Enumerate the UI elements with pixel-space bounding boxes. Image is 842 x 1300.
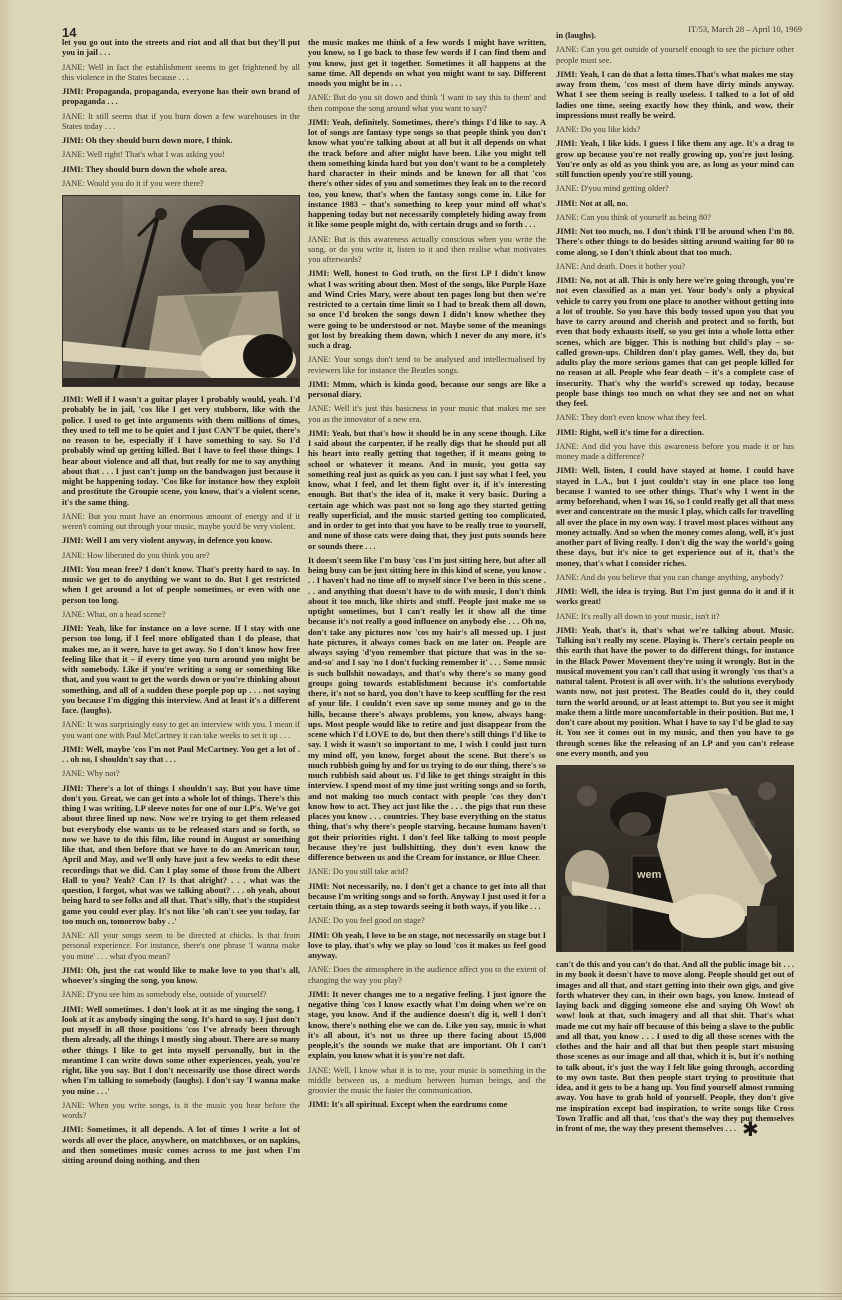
speaker-label: JANE: bbox=[556, 45, 579, 54]
paragraph-text: Right, well it's time for a direction. bbox=[580, 428, 704, 437]
paragraph-text: When you write songs, is it the music yo… bbox=[62, 1101, 300, 1120]
speaker-label: JIMI: bbox=[62, 784, 83, 793]
paragraph-text: It was surprisingly easy to get an inter… bbox=[62, 720, 300, 739]
speaker-label: JIMI: bbox=[62, 565, 83, 574]
column-3: in (laughs).JANE: Can you get outside of… bbox=[556, 31, 794, 1138]
end-of-article-asterisk-icon: ✱ bbox=[742, 1117, 759, 1141]
paragraph-text: Mmm, which is kinda good, because our so… bbox=[308, 380, 546, 399]
speaker-label: JANE: bbox=[308, 93, 331, 102]
photo-image: wem bbox=[557, 766, 793, 951]
photo-hendrix-microphone bbox=[62, 195, 300, 387]
speaker-label: JIMI: bbox=[62, 87, 83, 96]
paragraph-text: Well sometimes. I don't look at it as me… bbox=[62, 1005, 300, 1096]
question-paragraph: JANE: They don't even know what they fee… bbox=[556, 413, 794, 423]
paragraph-text: D'you mind getting older? bbox=[581, 184, 669, 193]
paragraph-text: It doesn't seem like I'm busy 'cos I'm j… bbox=[308, 556, 546, 862]
paragraph-text: Yeah, that's it, that's what we're talki… bbox=[556, 626, 794, 758]
speaker-label: JIMI: bbox=[556, 70, 577, 79]
column-3-text-top: in (laughs).JANE: Can you get outside of… bbox=[556, 31, 794, 759]
speaker-label: JANE: bbox=[308, 916, 331, 925]
paragraph-text: Can you think of yourself as being 80? bbox=[581, 213, 711, 222]
speaker-label: JANE: bbox=[556, 125, 579, 134]
paragraph-text: It's all spiritual. Except when the eard… bbox=[332, 1100, 508, 1109]
question-paragraph: JANE: Can you get outside of yourself en… bbox=[556, 45, 794, 66]
speaker-label: JANE: bbox=[556, 612, 579, 621]
speaker-label: JIMI: bbox=[308, 429, 329, 438]
answer-paragraph: JIMI: Yeah, like for instance on a love … bbox=[62, 624, 300, 716]
continued-paragraph: let you go out into the streets and riot… bbox=[62, 38, 300, 59]
speaker-label: JIMI: bbox=[62, 536, 83, 545]
column-1: let you go out into the streets and riot… bbox=[62, 38, 300, 1170]
speaker-label: JIMI: bbox=[556, 587, 577, 596]
question-paragraph: JANE: Do you like kids? bbox=[556, 125, 794, 135]
speaker-label: JIMI: bbox=[556, 199, 577, 208]
speaker-label: JANE: bbox=[308, 235, 331, 244]
speaker-label: JANE: bbox=[62, 551, 85, 560]
paragraph-text: But do you sit down and think 'I want to… bbox=[308, 93, 546, 112]
paragraph-text: And did you have this awareness before y… bbox=[556, 442, 794, 461]
question-paragraph: JANE: When you write songs, is it the mu… bbox=[62, 1101, 300, 1122]
speaker-label: JIMI: bbox=[556, 466, 577, 475]
paragraph-text: Well, honest to God truth, on the first … bbox=[308, 269, 546, 350]
paragraph-text: It never changes me to a negative feelin… bbox=[308, 990, 546, 1061]
paragraph-text: They should burn down the whole area. bbox=[85, 165, 227, 174]
answer-paragraph: JIMI: Sometimes, it all depends. A lot o… bbox=[62, 1125, 300, 1166]
speaker-label: JANE: bbox=[62, 931, 85, 940]
paragraph-text: But you must have an enormous amount of … bbox=[62, 512, 300, 531]
speaker-label: JANE: bbox=[62, 769, 85, 778]
paragraph-text: Not necessarily, no. I don't get a chanc… bbox=[308, 882, 546, 912]
paragraph-text: Yeah, like for instance on a love scene.… bbox=[62, 624, 300, 715]
question-paragraph: JANE: Well right! That's what I was aski… bbox=[62, 150, 300, 160]
speaker-label: JANE: bbox=[62, 63, 85, 72]
column-1-text-top: let you go out into the streets and riot… bbox=[62, 38, 300, 189]
answer-paragraph: JIMI: No, not at all. This is only here … bbox=[556, 276, 794, 409]
answer-paragraph: JIMI: They should burn down the whole ar… bbox=[62, 165, 300, 175]
answer-paragraph: JIMI: Well I am very violent anyway, in … bbox=[62, 536, 300, 546]
paragraph-text: Not too much, no. I don't think I'll be … bbox=[556, 227, 794, 257]
speaker-label: JANE: bbox=[556, 573, 579, 582]
question-paragraph: JANE: Your songs don't tend to be analys… bbox=[308, 355, 546, 376]
question-paragraph: JANE: Would you do it if you were there? bbox=[62, 179, 300, 189]
speaker-label: JIMI: bbox=[62, 1005, 83, 1014]
paragraph-text: There's a lot of things I shouldn't say.… bbox=[62, 784, 300, 926]
speaker-label: JANE: bbox=[556, 442, 579, 451]
speaker-label: JANE: bbox=[308, 404, 331, 413]
speaker-label: JANE: bbox=[308, 867, 331, 876]
speaker-label: JANE: bbox=[62, 512, 85, 521]
paragraph-text: Propaganda, propaganda, everyone has the… bbox=[62, 87, 300, 106]
question-paragraph: JANE: And death. Does it bother you? bbox=[556, 262, 794, 272]
answer-paragraph: JIMI: Well if I wasn't a guitar player I… bbox=[62, 395, 300, 508]
question-paragraph: JANE: What, on a head scene? bbox=[62, 610, 300, 620]
paragraph-text: Well if I wasn't a guitar player I proba… bbox=[62, 395, 300, 507]
speaker-label: JANE: bbox=[62, 610, 85, 619]
question-paragraph: JANE: Do you still take acid? bbox=[308, 867, 546, 877]
speaker-label: JANE: bbox=[556, 262, 579, 271]
question-paragraph: JANE: And do you believe that you can ch… bbox=[556, 573, 794, 583]
answer-paragraph: JIMI: Oh yeah, I love to be on stage, no… bbox=[308, 931, 546, 962]
speaker-label: JIMI: bbox=[556, 276, 577, 285]
speaker-label: JIMI: bbox=[556, 626, 577, 635]
paragraph-text: Oh, just the cat would like to make love… bbox=[62, 966, 300, 985]
paragraph-text: Does the atmosphere in the audience affe… bbox=[308, 965, 546, 984]
speaker-label: JANE: bbox=[308, 355, 331, 364]
continued-paragraph: in (laughs). bbox=[556, 31, 794, 41]
paragraph-text: How liberated do you think you are? bbox=[87, 551, 210, 560]
answer-paragraph: JIMI: Propaganda, propaganda, everyone h… bbox=[62, 87, 300, 108]
answer-paragraph: JIMI: Not necessarily, no. I don't get a… bbox=[308, 882, 546, 913]
speaker-label: JIMI: bbox=[556, 428, 577, 437]
answer-paragraph: JIMI: Yeah, that's it, that's what we're… bbox=[556, 626, 794, 759]
column-2-text: the music makes me think of a few words … bbox=[308, 38, 546, 1111]
paragraph-text: Yeah, definitely. Sometimes, there's thi… bbox=[308, 118, 546, 230]
speaker-label: JANE: bbox=[556, 184, 579, 193]
continued-paragraph: the music makes me think of a few words … bbox=[308, 38, 546, 89]
photo-hendrix-stage: wem bbox=[556, 765, 794, 952]
answer-paragraph: JIMI: Well, maybe 'cos I'm not Paul McCa… bbox=[62, 745, 300, 766]
question-paragraph: JANE: And did you have this awareness be… bbox=[556, 442, 794, 463]
answer-paragraph: JIMI: Oh they should burn down more, I t… bbox=[62, 136, 300, 146]
question-paragraph: JANE: Do you feel good on stage? bbox=[308, 916, 546, 926]
paragraph-text: Well right! That's what I was asking you… bbox=[87, 150, 225, 159]
paragraph-text: And death. Does it bother you? bbox=[580, 262, 685, 271]
question-paragraph: JANE: Can you think of yourself as being… bbox=[556, 213, 794, 223]
speaker-label: JANE: bbox=[308, 965, 331, 974]
speaker-label: JIMI: bbox=[308, 990, 329, 999]
paragraph-text: the music makes me think of a few words … bbox=[308, 38, 546, 88]
speaker-label: JIMI: bbox=[308, 380, 329, 389]
paragraph-text: Oh yeah, I love to be on stage, not nece… bbox=[308, 931, 546, 961]
paragraph-text: Well, the idea is trying. But I'm just g… bbox=[556, 587, 794, 606]
column-2: the music makes me think of a few words … bbox=[308, 38, 546, 1115]
question-paragraph: JANE: All your songs seem to be directed… bbox=[62, 931, 300, 962]
question-paragraph: JANE: Well in fact the establishment see… bbox=[62, 63, 300, 84]
speaker-label: JANE: bbox=[556, 213, 579, 222]
question-paragraph: JANE: Does the atmosphere in the audienc… bbox=[308, 965, 546, 986]
speaker-label: JIMI: bbox=[62, 395, 83, 404]
paragraph-text: can't do this and you can't do that. And… bbox=[556, 960, 794, 1133]
answer-paragraph: JIMI: Right, well it's time for a direct… bbox=[556, 428, 794, 438]
speaker-label: JIMI: bbox=[308, 882, 329, 891]
continued-paragraph: can't do this and you can't do that. And… bbox=[556, 960, 794, 1134]
answer-paragraph: JIMI: Well sometimes. I don't look at it… bbox=[62, 1005, 300, 1097]
answer-paragraph: JIMI: Well, the idea is trying. But I'm … bbox=[556, 587, 794, 608]
question-paragraph: JANE: D'you see him as somebody else, ou… bbox=[62, 990, 300, 1000]
speaker-label: JIMI: bbox=[308, 931, 329, 940]
newspaper-page: 14 IT/53, March 28 – April 10, 1969 let … bbox=[0, 0, 842, 1300]
question-paragraph: JANE: Well it's just this basicness in y… bbox=[308, 404, 546, 425]
answer-paragraph: JIMI: It's all spiritual. Except when th… bbox=[308, 1100, 546, 1110]
speaker-label: JIMI: bbox=[62, 624, 83, 633]
speaker-label: JANE: bbox=[62, 720, 85, 729]
speaker-label: JANE: bbox=[62, 112, 85, 121]
paragraph-text: Do you feel good on stage? bbox=[333, 916, 425, 925]
speaker-label: JIMI: bbox=[308, 1100, 329, 1109]
paragraph-text: What, on a head scene? bbox=[87, 610, 166, 619]
question-paragraph: JANE: But you must have an enormous amou… bbox=[62, 512, 300, 533]
amp-logo: wem bbox=[636, 869, 662, 881]
question-paragraph: JANE: It still seems that if you burn do… bbox=[62, 112, 300, 133]
paragraph-text: And do you believe that you can change a… bbox=[580, 573, 783, 582]
paragraph-text: Why not? bbox=[87, 769, 120, 778]
question-paragraph: JANE: Why not? bbox=[62, 769, 300, 779]
question-paragraph: JANE: But is this awareness actually con… bbox=[308, 235, 546, 266]
paragraph-text: No, not at all. This is only here we're … bbox=[556, 276, 794, 408]
speaker-label: JIMI: bbox=[62, 966, 83, 975]
paragraph-text: Well in fact the establishment seems to … bbox=[62, 63, 300, 82]
speaker-label: JIMI: bbox=[308, 269, 329, 278]
paragraph-text: D'you see him as somebody else, outside … bbox=[87, 990, 266, 999]
speaker-label: JANE: bbox=[556, 413, 579, 422]
paragraph-text: Yeah, I can do that a lotta times.That's… bbox=[556, 70, 794, 120]
answer-paragraph: JIMI: Well, honest to God truth, on the … bbox=[308, 269, 546, 351]
speaker-label: JIMI: bbox=[62, 165, 83, 174]
paragraph-text: Well, listen, I could have stayed at hom… bbox=[556, 466, 794, 567]
paragraph-text: All your songs seem to be directed at ch… bbox=[62, 931, 300, 961]
answer-paragraph: JIMI: Oh, just the cat would like to mak… bbox=[62, 966, 300, 987]
paragraph-text: Do you like kids? bbox=[581, 125, 640, 134]
answer-paragraph: JIMI: You mean free? I don't know. That'… bbox=[62, 565, 300, 606]
speaker-label: JIMI: bbox=[556, 139, 577, 148]
paragraph-text: Well, maybe 'cos I'm not Paul McCartney.… bbox=[62, 745, 300, 764]
answer-paragraph: JIMI: Yeah, I can do that a lotta times.… bbox=[556, 70, 794, 121]
question-paragraph: JANE: It's really all down to your music… bbox=[556, 612, 794, 622]
speaker-label: JANE: bbox=[62, 179, 85, 188]
paragraph-text: Would you do it if you were there? bbox=[87, 179, 204, 188]
speaker-label: JANE: bbox=[308, 1066, 331, 1075]
speaker-label: JIMI: bbox=[62, 745, 83, 754]
paragraph-text: It's really all down to your music, isn'… bbox=[581, 612, 720, 621]
question-paragraph: JANE: But do you sit down and think 'I w… bbox=[308, 93, 546, 114]
page-edge bbox=[0, 1293, 842, 1297]
paragraph-text: They don't even know what they feel. bbox=[581, 413, 707, 422]
speaker-label: JIMI: bbox=[62, 136, 83, 145]
answer-paragraph: JIMI: Yeah, I like kids. I guess I like … bbox=[556, 139, 794, 180]
paragraph-text: It still seems that if you burn down a f… bbox=[62, 112, 300, 131]
paragraph-text: Yeah, I like kids. I guess I like them a… bbox=[556, 139, 794, 179]
speaker-label: JIMI: bbox=[556, 227, 577, 236]
answer-paragraph: JIMI: Yeah, definitely. Sometimes, there… bbox=[308, 118, 546, 231]
speaker-label: JANE: bbox=[62, 990, 85, 999]
paragraph-text: Can you get outside of yourself enough t… bbox=[556, 45, 794, 64]
photo-image bbox=[63, 196, 299, 386]
answer-paragraph: JIMI: It never changes me to a negative … bbox=[308, 990, 546, 1062]
speaker-label: JIMI: bbox=[308, 118, 329, 127]
column-1-text-bottom: JIMI: Well if I wasn't a guitar player I… bbox=[62, 395, 300, 1166]
answer-paragraph: JIMI: Well, listen, I could have stayed … bbox=[556, 466, 794, 569]
paragraph-text: Not at all, no. bbox=[580, 199, 628, 208]
answer-paragraph: JIMI: Yeah, but that's how it should be … bbox=[308, 429, 546, 552]
question-paragraph: JANE: D'you mind getting older? bbox=[556, 184, 794, 194]
paragraph-text: Well it's just this basicness in your mu… bbox=[308, 404, 546, 423]
speaker-label: JIMI: bbox=[62, 1125, 83, 1134]
paragraph-text: But is this awareness actually conscious… bbox=[308, 235, 546, 265]
question-paragraph: JANE: It was surprisingly easy to get an… bbox=[62, 720, 300, 741]
question-paragraph: JANE: Well, I know what it is to me, you… bbox=[308, 1066, 546, 1097]
paragraph-text: Do you still take acid? bbox=[333, 867, 408, 876]
paragraph-text: You mean free? I don't know. That's pret… bbox=[62, 565, 300, 605]
speaker-label: JANE: bbox=[62, 150, 85, 159]
answer-paragraph: JIMI: There's a lot of things I shouldn'… bbox=[62, 784, 300, 928]
paragraph-text: let you go out into the streets and riot… bbox=[62, 38, 300, 57]
paragraph-text: Sometimes, it all depends. A lot of time… bbox=[62, 1125, 300, 1165]
paragraph-text: Oh they should burn down more, I think. bbox=[86, 136, 233, 145]
question-paragraph: JANE: How liberated do you think you are… bbox=[62, 551, 300, 561]
paragraph-text: Well, I know what it is to me, your musi… bbox=[308, 1066, 546, 1096]
answer-paragraph: JIMI: Not at all, no. bbox=[556, 199, 794, 209]
speaker-label: JANE: bbox=[62, 1101, 85, 1110]
column-3-text-bottom: can't do this and you can't do that. And… bbox=[556, 960, 794, 1134]
answer-paragraph: JIMI: Not too much, no. I don't think I'… bbox=[556, 227, 794, 258]
continued-paragraph: It doesn't seem like I'm busy 'cos I'm j… bbox=[308, 556, 546, 864]
paragraph-text: Your songs don't tend to be analysed and… bbox=[308, 355, 546, 374]
paragraph-text: in (laughs). bbox=[556, 31, 596, 40]
answer-paragraph: JIMI: Mmm, which is kinda good, because … bbox=[308, 380, 546, 401]
paragraph-text: Yeah, but that's how it should be in any… bbox=[308, 429, 546, 551]
paragraph-text: Well I am very violent anyway, in defenc… bbox=[85, 536, 272, 545]
